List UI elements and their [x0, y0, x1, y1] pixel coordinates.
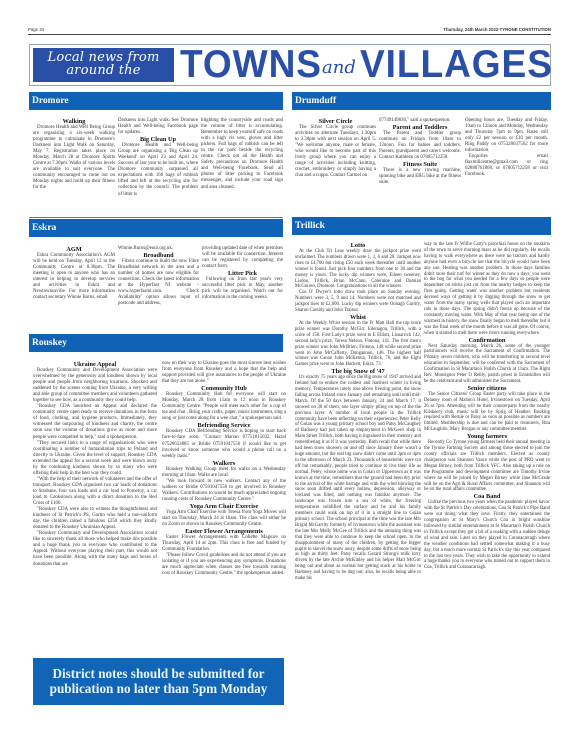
article-text: "They secured links to a range of organi… [33, 441, 157, 477]
masthead-banner: Local news from around the TOWNS and VIL… [29, 44, 551, 86]
article-heading: Silver Circle [295, 118, 376, 125]
article-heading: Easter Flower Arrangements [162, 528, 286, 535]
article-text: Rouskey CDA Befriending Service is hopin… [162, 429, 286, 459]
rouskey-col-2: now on their way to Ukraine goes the mos… [162, 361, 286, 577]
article-text: Fibrus continue to build the new Fibre B… [118, 259, 199, 307]
banner-towns: TOWNS [180, 43, 322, 87]
page-header: Page 34 Thursday, 24th March 2022-TYRONE… [28, 25, 551, 35]
article-text: It's exactly 75 years ago since the Big … [295, 375, 421, 582]
article-text: The Senior Citizens' Group Easter party … [424, 392, 550, 433]
section-title: Dromore [32, 96, 69, 106]
article-text: "We look forward to new walkers. Contact… [162, 479, 286, 503]
article-text: Rouskey Community and Development Associ… [33, 368, 157, 404]
dromore-col-3: blighting the countryside and roads and … [201, 118, 283, 191]
article-text: way to the late Fr Willie Carty's paroch… [424, 242, 550, 337]
section-title: Rouskey [32, 338, 67, 348]
article-heading: AGM [33, 246, 115, 253]
notice-line2: publication no later than 5pm Monday [33, 681, 284, 696]
article-text: Next Saturday morning, March 26, some of… [424, 344, 550, 385]
article-heading: Yoga Arm Chair Exercise [162, 503, 286, 510]
article-text: Rouskey Walking Group meet for walks on … [162, 467, 286, 479]
submission-deadline-notice: District notes should be submitted for p… [33, 658, 284, 705]
section-header-drumduff: Drumduff [292, 92, 551, 110]
article-text: Yoga Arm Chair Exercise with Teresa from… [162, 510, 286, 528]
eskra-col-3: providing updated date of when premises … [202, 246, 283, 301]
article-text: "Rouskey CDA launched an Appeal and decl… [33, 404, 157, 440]
article-text: "With the help of their network of volun… [33, 477, 157, 507]
banner-tagline-line2: around the [33, 64, 174, 77]
drumduff-col-1: Silver Circle The Silver Circle group co… [295, 118, 376, 179]
eskra-col-2: Winnie.Burns@euni.org.uk. Broadband Fibr… [118, 246, 199, 307]
article-text: There is a new rowing machine, spinning … [379, 168, 461, 186]
article-text: Dromore Health and Well Being Group are … [33, 125, 115, 192]
article-text: "Rouskey Community and Development Assoc… [33, 531, 157, 567]
article-heading: Fitness Suite [379, 161, 461, 168]
article-text: Darkness into Light walk. See Dromore He… [118, 118, 198, 136]
article-text: Eskra Community Association's AGM will b… [33, 253, 115, 301]
eskra-col-1: AGM Eskra Community Association's AGM wi… [33, 246, 115, 301]
dateline: Thursday, 24th March 2022-TYRONE CONSTIT… [443, 27, 551, 32]
section-title: Trillick [295, 221, 325, 231]
section-header-eskra: Eskra [29, 219, 283, 237]
section-header-dromore: Dromore [29, 92, 283, 110]
article-text: "Please follow Covid guidelines and do n… [162, 553, 286, 577]
article-text: At the Weekly Whist session in the Fr Ma… [295, 321, 421, 368]
article-text: Easter Flower Arrangements with Collette… [162, 535, 286, 553]
article-heading: Befriending Service [162, 422, 286, 429]
banner-villages: VILLAGES [360, 43, 553, 87]
article-text: Enquiries email flaxmillcentre@gmail.com… [465, 154, 548, 178]
article-heading: Litter Pick [202, 270, 283, 277]
article-text: Unlike the previous two years when the p… [424, 500, 550, 571]
article-heading: The big Snow of '47 [295, 368, 421, 375]
article-text: Rouskey Community Hub for everyone will … [162, 392, 286, 422]
rouskey-col-1: Ukraine Appeal Rouskey Community and Dev… [33, 361, 157, 568]
article-text: "Rouskey CDA were also to witness the th… [33, 507, 157, 531]
dromore-col-1: Walking Dromore Health and Well Being Gr… [33, 118, 115, 192]
article-text: providing updated date of when premises … [202, 246, 283, 270]
article-heading: Young farmers [424, 433, 550, 440]
section-header-rouskey: Rouskey [29, 334, 283, 352]
article-text: The Parent and Toddler group continues o… [379, 131, 461, 161]
article-heading: Broadband [118, 252, 199, 259]
banner-and: and [322, 57, 356, 78]
trillick-col-1: Lotto At the Club Tri Leas weekly draw t… [295, 242, 421, 582]
article-heading: Senior citizens [424, 385, 550, 392]
section-title: Eskra [32, 223, 56, 233]
article-text: Recently Co Tyrone young farmers held th… [424, 440, 550, 493]
article-heading: Confirmation [424, 337, 550, 344]
article-text: The Silver Circle group continues activi… [295, 125, 376, 179]
dromore-col-2: Darkness into Light walk. See Dromore He… [118, 118, 198, 198]
article-heading: Lotto [295, 242, 421, 249]
section-title: Drumduff [295, 96, 336, 106]
article-heading: Coa Band [424, 493, 550, 500]
article-heading: Walking [33, 118, 115, 125]
page-number: Page 34 [28, 27, 44, 32]
article-text: Opening hours are, Tuesday and Friday, 1… [465, 118, 548, 154]
trillick-col-2: way to the late Fr Willie Carty's paroch… [424, 242, 550, 571]
banner-tagline-box: Local news from around the [33, 48, 174, 82]
article-text: Following on from last year's very succe… [202, 277, 283, 301]
section-divider [29, 217, 283, 218]
drumduff-col-3: Opening hours are, Tuesday and Friday, 1… [465, 118, 548, 178]
article-text: At the Club Tri Leas weekly draw the jac… [295, 249, 421, 290]
section-header-trillick: Trillick [292, 217, 551, 235]
article-heading: Walkers [162, 460, 286, 467]
article-text: now on their way to Ukraine goes the mos… [162, 361, 286, 385]
article-text: blighting the countryside and roads and … [201, 118, 283, 191]
article-heading: Big Clean Up [118, 136, 198, 143]
article-heading: Community Hub [162, 385, 286, 392]
article-text: Cos O' Dwyer's lotto draw took place on … [295, 290, 421, 314]
article-heading: Whist [295, 314, 421, 321]
article-text: Dromore Health and Well-being Group are … [118, 143, 198, 197]
article-heading: Ukraine Appeal [33, 361, 157, 368]
notice-line1: District notes should be submitted for [33, 666, 284, 681]
drumduff-col-2: 07749149836," said a spokesperson. Paren… [379, 118, 461, 186]
article-heading: Parent and Toddlers [379, 124, 461, 131]
